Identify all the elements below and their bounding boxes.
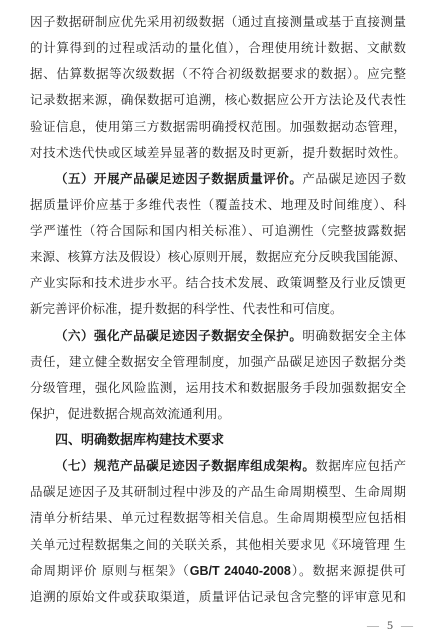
document-line: 来源、核算方法及假设）核心原则开展，数据应充分反映我国能源、	[30, 244, 406, 270]
document-line: 对技术迭代快或区域差异显著的数据及时更新，提升数据时效性。	[30, 140, 406, 166]
text-segment: 验证信息，使用第三方数据需明确授权范围。加强数据动态管理，	[30, 120, 406, 134]
document-line: 因子数据研制应优先采用初级数据（通过直接测量或基于直接测量	[30, 9, 406, 35]
page-number-value: 5	[387, 618, 393, 632]
page-number-dash-left: —	[367, 618, 379, 632]
text-segment: 品碳足迹因子及其研制过程中涉及的产品生命周期模型、生命周期	[30, 485, 406, 499]
text-segment: 关单元过程数据集之间的关联关系，其他相关要求见《环境管理 生	[30, 538, 406, 552]
document-line: 分级管理，强化风险监测，运用技术和数据服务手段加强数据安全	[30, 375, 406, 401]
text-segment: 命周期评价 原则与框架》（	[30, 564, 190, 578]
document-line: 记录数据来源，确保数据可追溯，核心数据应公开方法论及代表性	[30, 87, 406, 113]
text-segment: 产品碳足迹因子数	[302, 172, 406, 186]
text-segment: 据、估算数据等次级数据（不符合初级数据要求的数据）。应完整	[30, 67, 406, 81]
text-segment: 清单分析结果、单元过程数据等相关信息。生命周期模型应包括相	[30, 511, 406, 525]
text-segment: （七）规范产品碳足迹因子数据库组成架构。	[55, 459, 315, 473]
document-line: （五）开展产品碳足迹因子数据质量评价。产品碳足迹因子数	[30, 166, 406, 192]
document-line: （七）规范产品碳足迹因子数据库组成架构。数据库应包括产	[30, 453, 406, 479]
text-segment: 新完善评价标准，提升数据的科学性、代表性和可信度。	[30, 302, 343, 316]
text-segment: 学严谨性（符合国际和国内相关标准）、可追溯性（完整披露数据	[30, 224, 406, 238]
text-segment: 产业实际和技术进步水平。结合技术发展、政策调整及行业反馈更	[30, 276, 406, 290]
document-page: { "page": { "background": "#ffffff", "te…	[0, 0, 436, 642]
text-segment: GB/T 24040-2008	[190, 564, 291, 578]
document-line: 新完善评价标准，提升数据的科学性、代表性和可信度。	[30, 296, 406, 322]
document-line: 验证信息，使用第三方数据需明确授权范围。加强数据动态管理，	[30, 114, 406, 140]
document-line: 据、估算数据等次级数据（不符合初级数据要求的数据）。应完整	[30, 61, 406, 87]
text-segment: （五）开展产品碳足迹因子数据质量评价。	[55, 172, 302, 186]
document-line: 命周期评价 原则与框架》（GB/T 24040-2008）。数据来源提供可	[30, 558, 406, 584]
document-line: 保护，促进数据合规高效流通利用。	[30, 401, 406, 427]
page-number: —5—	[363, 618, 417, 632]
text-segment: 记录数据来源，确保数据可追溯，核心数据应公开方法论及代表性	[30, 93, 406, 107]
text-segment: 据质量评价应基于多维代表性（覆盖技术、地理及时间维度）、科	[30, 198, 406, 212]
document-body: 因子数据研制应优先采用初级数据（通过直接测量或基于直接测量的计算得到的过程或活动…	[30, 9, 406, 610]
text-segment: 分级管理，强化风险监测，运用技术和数据服务手段加强数据安全	[30, 381, 406, 395]
text-segment: （六）强化产品碳足迹因子数据安全保护。	[55, 329, 302, 343]
text-segment: 责任，建立健全数据安全管理制度，加强产品碳足迹因子数据分类	[30, 355, 406, 369]
document-line: 清单分析结果、单元过程数据等相关信息。生命周期模型应包括相	[30, 505, 406, 531]
text-segment: 保护，促进数据合规高效流通利用。	[30, 407, 230, 421]
text-segment: 数据库应包括产	[315, 459, 406, 473]
text-segment: 对技术迭代快或区域差异显著的数据及时更新，提升数据时效性。	[30, 146, 406, 160]
text-segment: 明确数据安全主体	[302, 329, 406, 343]
document-line: 产业实际和技术进步水平。结合技术发展、政策调整及行业反馈更	[30, 270, 406, 296]
document-line: 四、明确数据库构建技术要求	[30, 427, 406, 453]
text-segment: 追溯的原始文件或获取渠道，质量评估记录包含完整的评审意见和	[30, 590, 406, 604]
page-number-dash-right: —	[401, 618, 413, 632]
text-segment: 的计算得到的过程或活动的量化值），合理使用统计数据、文献数	[30, 41, 406, 55]
document-line: 品碳足迹因子及其研制过程中涉及的产品生命周期模型、生命周期	[30, 479, 406, 505]
document-line: 学严谨性（符合国际和国内相关标准）、可追溯性（完整披露数据	[30, 218, 406, 244]
document-line: 的计算得到的过程或活动的量化值），合理使用统计数据、文献数	[30, 35, 406, 61]
document-line: （六）强化产品碳足迹因子数据安全保护。明确数据安全主体	[30, 323, 406, 349]
text-segment: 四、明确数据库构建技术要求	[55, 432, 224, 447]
document-line: 关单元过程数据集之间的关联关系，其他相关要求见《环境管理 生	[30, 532, 406, 558]
document-line: 追溯的原始文件或获取渠道，质量评估记录包含完整的评审意见和	[30, 584, 406, 610]
text-segment: ）。数据来源提供可	[291, 564, 406, 578]
text-segment: 因子数据研制应优先采用初级数据（通过直接测量或基于直接测量	[30, 15, 406, 29]
document-line: 责任，建立健全数据安全管理制度，加强产品碳足迹因子数据分类	[30, 349, 406, 375]
document-line: 据质量评价应基于多维代表性（覆盖技术、地理及时间维度）、科	[30, 192, 406, 218]
text-segment: 来源、核算方法及假设）核心原则开展，数据应充分反映我国能源、	[30, 250, 406, 264]
